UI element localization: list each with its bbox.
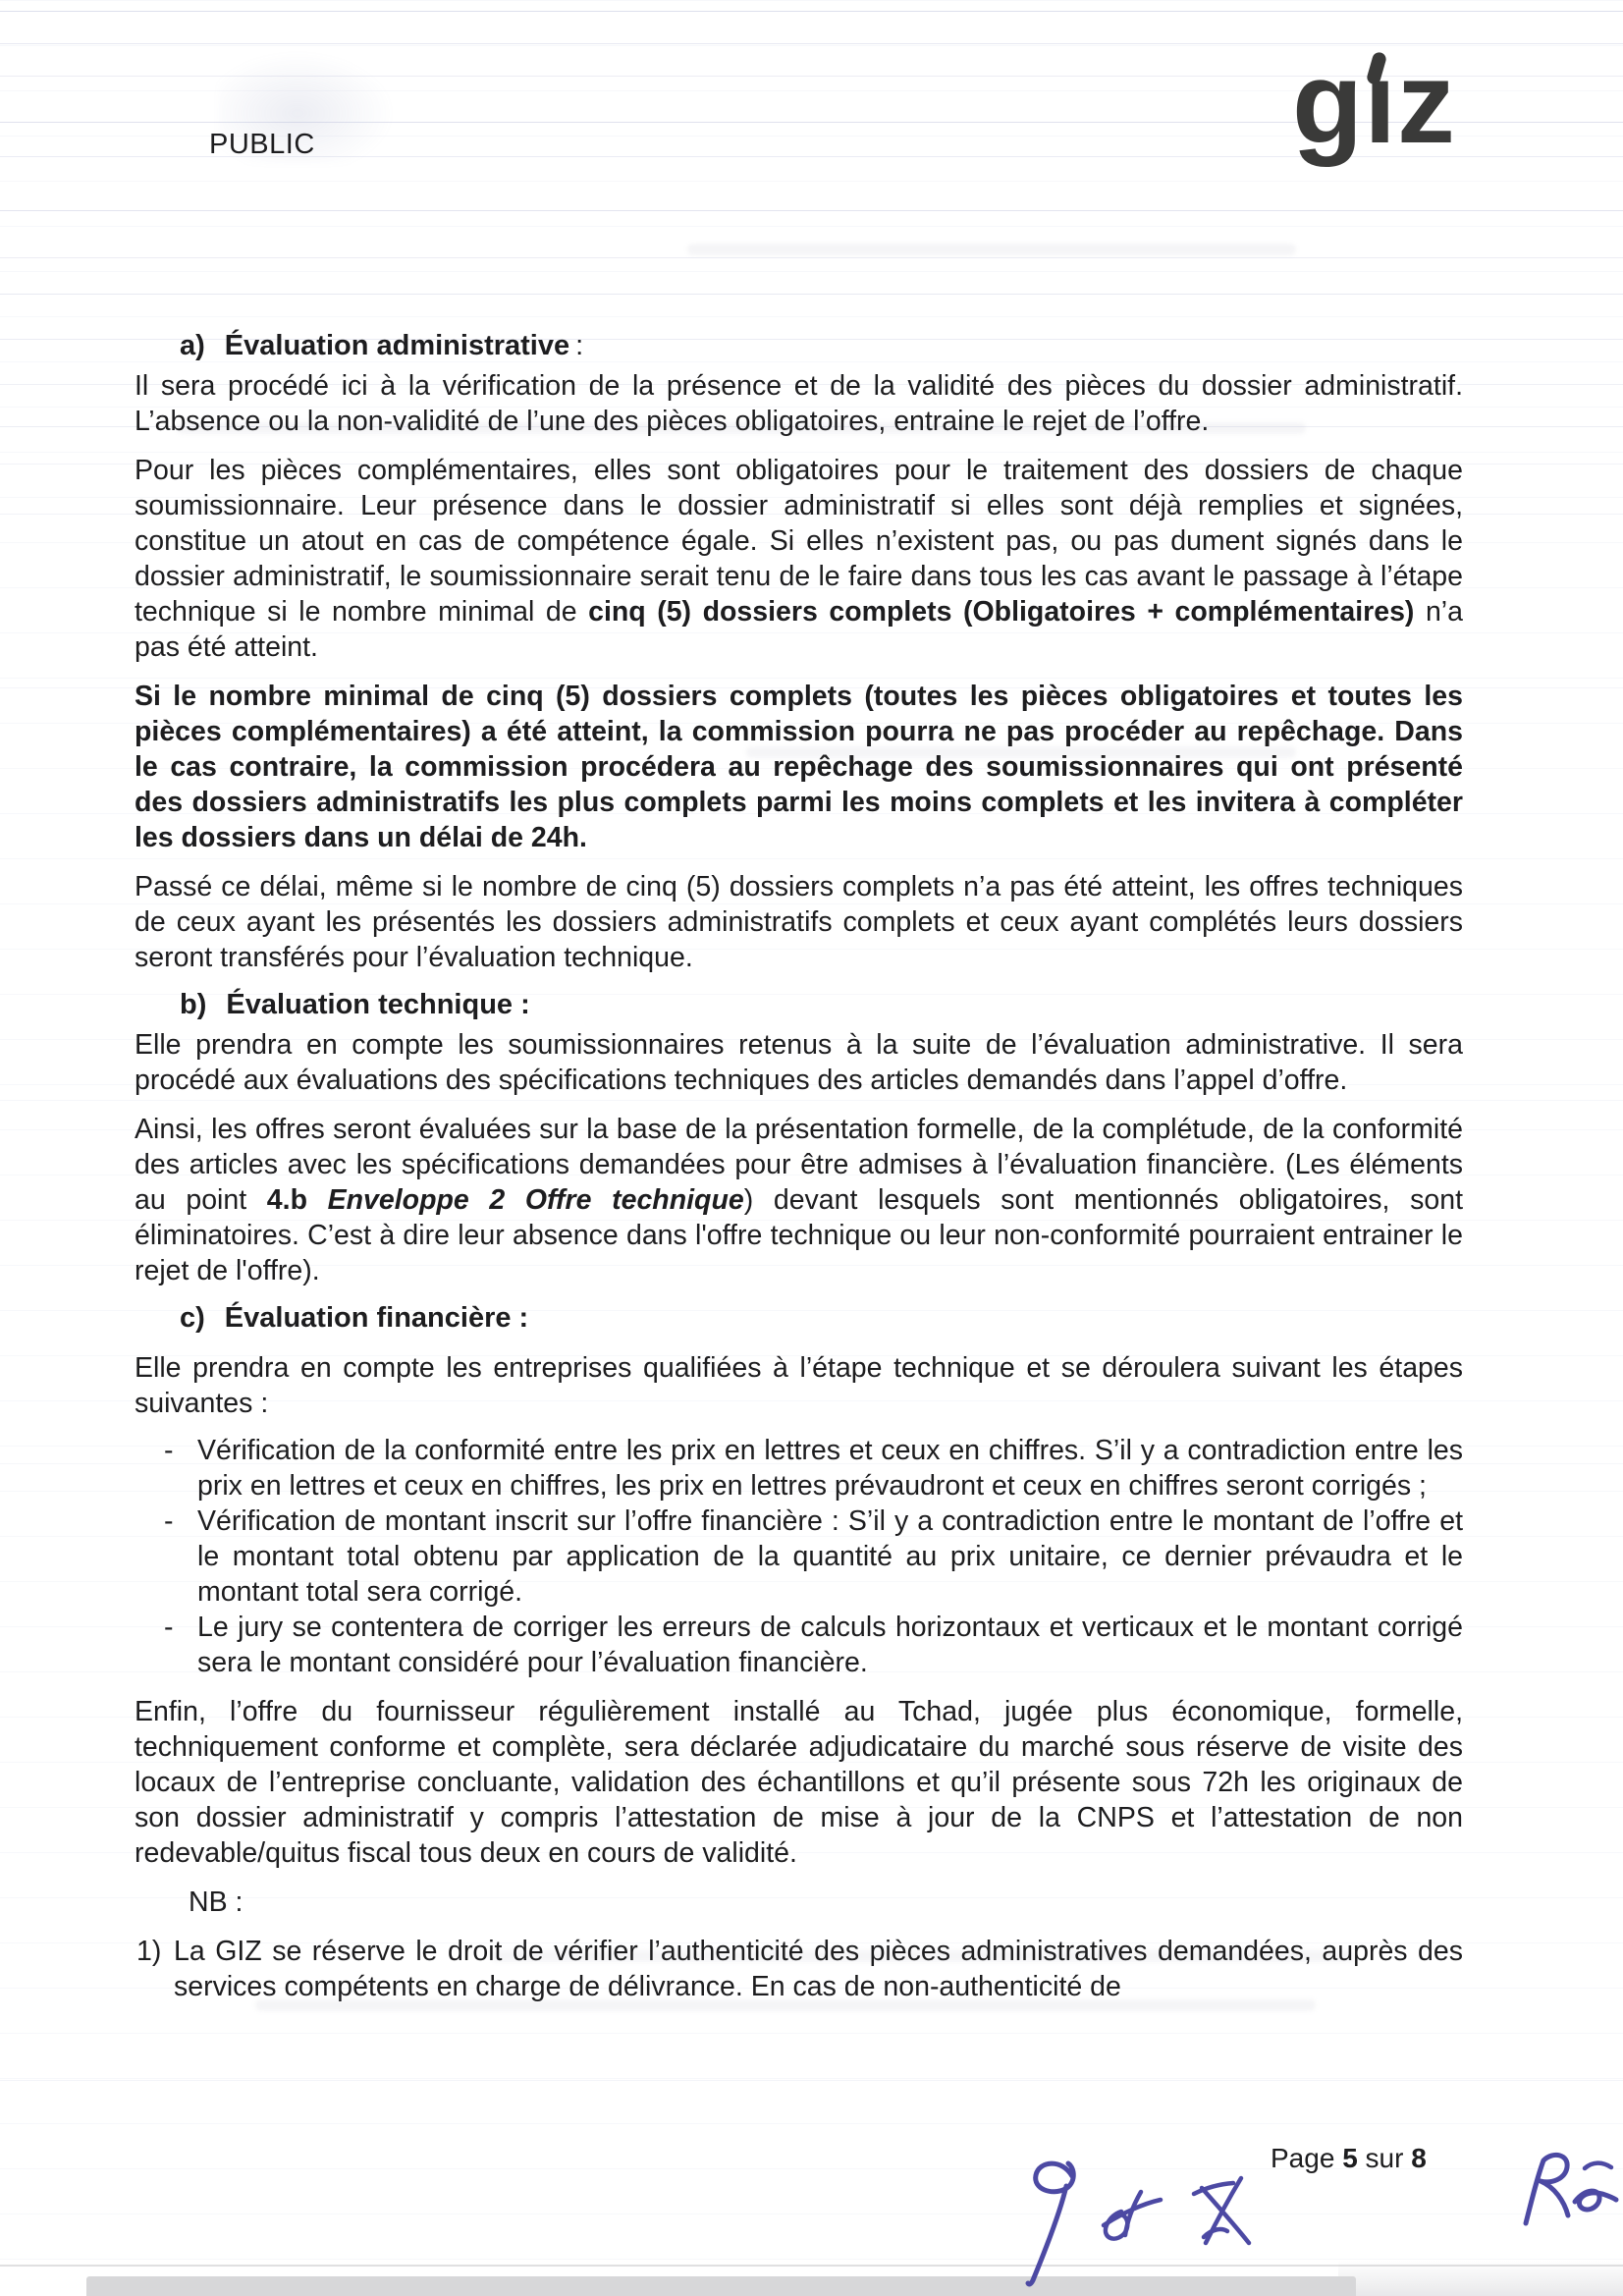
list-item: -Le jury se contentera de corriger les e…	[135, 1610, 1463, 1680]
page-separator: sur	[1366, 2143, 1404, 2173]
text-segment: Vérification de montant inscrit sur l’of…	[197, 1505, 1463, 1608]
heading-title: Évaluation administrative	[225, 330, 569, 361]
scanner-bed-strip	[86, 2276, 1356, 2296]
dash-bullet: -	[164, 1433, 174, 1468]
section-heading: b)Évaluation technique :	[180, 987, 1463, 1023]
section-heading: a)Évaluation administrative:	[180, 328, 1463, 364]
scan-streak	[0, 294, 1623, 295]
paragraph: Si le nombre minimal de cinq (5) dossier…	[135, 679, 1463, 855]
paragraph: Il sera procédé ici à la vérification de…	[135, 368, 1463, 439]
paragraph: Passé ce délai, même si le nombre de cin…	[135, 869, 1463, 975]
logo-letter: z	[1397, 38, 1456, 168]
bullet-list: -Vérification de la conformité entre les…	[135, 1433, 1463, 1680]
signature-initial-1-icon	[1019, 2153, 1090, 2290]
text-segment: Passé ce délai, même si le nombre de cin…	[135, 871, 1463, 973]
list-item: -Vérification de la conformité entre les…	[135, 1433, 1463, 1503]
text-segment: cinq (5) dossiers complets (Obligatoires…	[588, 596, 1414, 628]
logo-i-accent-dot	[1366, 51, 1388, 86]
text-segment: NB :	[189, 1886, 243, 1918]
page-total: 8	[1411, 2143, 1427, 2173]
scan-streak	[0, 257, 1623, 258]
text-segment: Il sera procédé ici à la vérification de…	[135, 370, 1463, 437]
scan-streak	[0, 11, 1623, 12]
number-marker: 1)	[136, 1934, 161, 1969]
document-body: a)Évaluation administrative:Il sera proc…	[135, 316, 1463, 2004]
dash-bullet: -	[164, 1610, 174, 1645]
classification-label: PUBLIC	[209, 129, 315, 161]
numbered-item: 1)La GIZ se réserve le droit de vérifier…	[135, 1934, 1463, 2004]
signature-initial-2-icon	[1096, 2182, 1164, 2243]
paragraph: Ainsi, les offres seront évaluées sur la…	[135, 1112, 1463, 1288]
page-current: 5	[1342, 2143, 1358, 2173]
scan-streak	[0, 2080, 1623, 2081]
paragraph: Elle prendra en compte les entreprises q…	[135, 1350, 1463, 1421]
text-segment: Enveloppe 2 Offre technique	[328, 1184, 744, 1216]
dash-bullet: -	[164, 1503, 174, 1539]
bleed-through-smudge	[687, 244, 1296, 255]
list-item: -Vérification de montant inscrit sur l’o…	[135, 1503, 1463, 1610]
heading-label: a)	[180, 330, 205, 361]
page-word: Page	[1271, 2143, 1334, 2173]
text-segment: Elle prendra en compte les entreprises q…	[135, 1352, 1463, 1419]
logo-letter-i: ı	[1364, 29, 1397, 177]
heading-label: c)	[180, 1302, 205, 1334]
scan-streak	[0, 210, 1623, 211]
signature-initials-re-icon	[1512, 2149, 1620, 2231]
page-bottom-edge	[0, 2265, 1623, 2267]
text-segment: Elle prendra en compte les soumissionnai…	[135, 1029, 1463, 1096]
text-segment: 4.b	[267, 1184, 328, 1216]
scanned-document-page: PUBLIC gız a)Évaluation administrative:I…	[0, 0, 1623, 2296]
giz-logo: gız	[1292, 29, 1456, 177]
heading-label: b)	[180, 989, 206, 1020]
paragraph: Enfin, l’offre du fournisseur régulièrem…	[135, 1694, 1463, 1871]
logo-letter: g	[1292, 38, 1364, 168]
heading-colon: :	[575, 330, 583, 361]
page-number: Page 5 sur 8	[1271, 2143, 1427, 2174]
paragraph: NB :	[189, 1885, 1463, 1920]
text-segment: Le jury se contentera de corriger les er…	[197, 1612, 1463, 1678]
paragraph: Elle prendra en compte les soumissionnai…	[135, 1027, 1463, 1098]
heading-title: Évaluation technique :	[226, 989, 529, 1020]
text-segment: Vérification de la conformité entre les …	[197, 1435, 1463, 1502]
signature-initial-3-icon	[1190, 2168, 1255, 2249]
section-heading: c)Évaluation financière :	[180, 1300, 1463, 1337]
text-segment: Enfin, l’offre du fournisseur régulièrem…	[135, 1696, 1463, 1869]
heading-title: Évaluation financière :	[225, 1302, 528, 1334]
paragraph: Pour les pièces complémentaires, elles s…	[135, 453, 1463, 665]
text-segment: Si le nombre minimal de cinq (5) dossier…	[135, 681, 1463, 853]
text-segment: La GIZ se réserve le droit de vérifier l…	[174, 1936, 1463, 2002]
